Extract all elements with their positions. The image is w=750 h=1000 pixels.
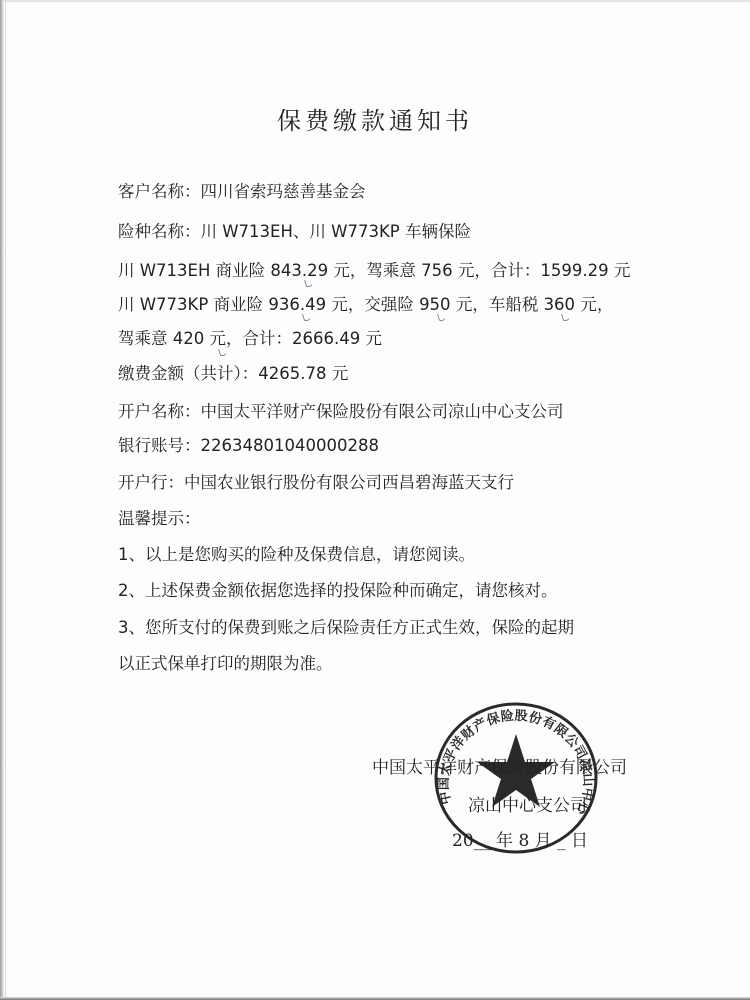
insurance-type-line: 险种名称：川 W713EH、川 W773KP 车辆保险 [118, 218, 471, 242]
vehicle-2-total: 2666.49 [292, 329, 360, 348]
notice-item-2: 2、上述保费金额依据您选择的投保险种而确定，请您核对。 [118, 577, 558, 601]
scan-edge-left [0, 0, 4, 1000]
vehicle-2-line-1: 川 W773KP 商业险 936.49 元，交强险 950 元，车船税 360 … [118, 291, 613, 315]
vehicle-1-total: 1599.29 [540, 261, 608, 280]
vehicle-1-item-2-amount: 756 [421, 261, 453, 280]
account-name-value: 中国太平洋财产保险股份有限公司凉山中心支公司 [201, 402, 564, 421]
customer-label: 客户名称： [118, 182, 201, 201]
payment-total-unit: 元 [332, 364, 349, 383]
account-name-line: 开户名称：中国太平洋财产保险股份有限公司凉山中心支公司 [118, 398, 564, 422]
document-title: 保费缴款通知书 [0, 101, 750, 136]
bank-value: 中国农业银行股份有限公司西昌碧海蓝天支行 [184, 473, 514, 492]
vehicle-2-item-3-name: 车船税 [489, 295, 539, 314]
scan-edge-left-line [5, 0, 6, 1000]
bank-label: 开户行： [118, 473, 184, 492]
vehicle-1-total-unit: 元 [614, 261, 631, 280]
insurance-type-value: 川 W713EH、川 W773KP 车辆保险 [201, 222, 471, 241]
bank-account-value: 22634801040000288 [201, 436, 379, 455]
vehicle-2-item-1-amount: 936.49 [268, 295, 326, 314]
vehicle-1-total-label: 合计： [491, 261, 541, 280]
signature-branch: 凉山中心支公司 [468, 791, 587, 816]
scan-edge-top [0, 0, 750, 2]
insurance-type-label: 险种名称： [118, 222, 201, 241]
customer-line: 客户名称：四川省索玛慈善基金会 [118, 178, 366, 202]
payment-total-value: 4265.78 [258, 364, 326, 383]
bank-account-label: 银行账号： [118, 436, 201, 455]
vehicle-2-item-1-unit: 元 [331, 295, 348, 314]
vehicle-2-item-2-amount: 950 [419, 295, 451, 314]
vehicle-2-total-unit: 元 [365, 329, 382, 348]
signature-date: 20__ 年 8 月 _ 日 [452, 826, 588, 851]
vehicle-1-item-1-unit: 元 [333, 261, 350, 280]
vehicle-2-total-label: 合计： [243, 329, 293, 348]
notice-item-3: 3、您所支付的保费到账之后保险责任方正式生效，保险的起期 [118, 614, 574, 638]
vehicle-2-item-2-unit: 元 [456, 295, 473, 314]
vehicle-2-item-3-unit: 元 [580, 295, 597, 314]
signature-company: 中国太平洋财产保险股份有限公司 [372, 753, 627, 778]
notice-item-3-cont: 以正式保单打印的期限为准。 [118, 650, 333, 674]
payment-total-label: 缴费金额（共计）： [118, 364, 258, 383]
vehicle-1-item-2-unit: 元 [458, 261, 475, 280]
bank-line: 开户行：中国农业银行股份有限公司西昌碧海蓝天支行 [118, 469, 514, 493]
vehicle-2-item-4-amount: 420 [173, 329, 205, 348]
vehicle-1-item-1-name: 商业险 [216, 261, 266, 280]
vehicle-1-item-2-name: 驾乘意 [366, 261, 416, 280]
bank-account-line: 银行账号：22634801040000288 [118, 432, 379, 456]
vehicle-2-item-4-unit: 元 [210, 325, 227, 349]
vehicle-2-item-2-name: 交强险 [364, 295, 414, 314]
vehicle-1-plate: 川 W713EH [118, 261, 210, 280]
document-page: 保费缴款通知书 客户名称：四川省索玛慈善基金会 险种名称：川 W713EH、川 … [0, 0, 750, 1000]
vehicle-2-item-1-name: 商业险 [214, 295, 264, 314]
vehicle-1-item-1-amount: 843.29 [270, 261, 328, 280]
vehicle-2-item-3-amount: 360 [544, 295, 576, 314]
payment-total-line: 缴费金额（共计）：4265.78 元 [118, 360, 348, 384]
vehicle-2-line-2: 驾乘意 420 元，合计：2666.49 元 [118, 325, 382, 349]
vehicle-2-item-4-name: 驾乘意 [118, 329, 168, 348]
vehicle-2-plate: 川 W773KP [118, 295, 208, 314]
customer-value: 四川省索玛慈善基金会 [201, 182, 366, 201]
vehicle-1-line: 川 W713EH 商业险 843.29 元，驾乘意 756 元，合计：1599.… [118, 257, 630, 281]
notice-heading: 温馨提示： [118, 505, 201, 529]
notice-item-1: 1、以上是您购买的险种及保费信息，请您阅读。 [118, 541, 475, 565]
account-name-label: 开户名称： [118, 402, 201, 421]
